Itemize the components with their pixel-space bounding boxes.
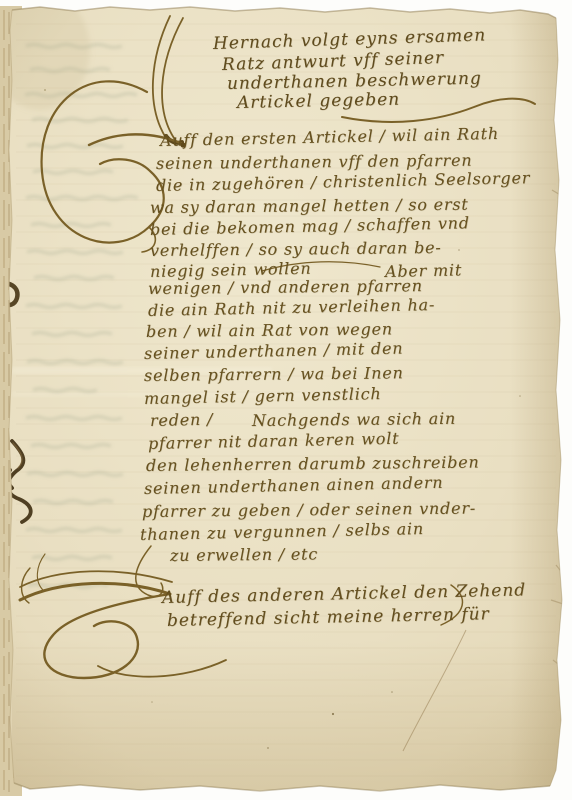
manuscript-line: wenigen / vnd anderen pfarren xyxy=(148,278,423,297)
manuscript-line: verhelffen / so sy auch daran be- xyxy=(150,240,442,259)
heading-line: Artickel gegeben xyxy=(237,92,401,112)
manuscript-line: selben pfarrern / wa bei Inen xyxy=(144,365,404,384)
manuscript-line: den lehenherren darumb zuschreiben xyxy=(146,455,480,474)
manuscript-photo: Hernach volgt eyns ersamen Ratz antwurt … xyxy=(0,0,572,800)
manuscript-line: ben / wil ain Rat von wegen xyxy=(146,321,393,340)
manuscript-line: reden / xyxy=(150,412,214,429)
manuscript-line: Nachgends wa sich ain xyxy=(252,411,456,429)
manuscript-line: zu erwellen / etc xyxy=(170,546,318,564)
manuscript-line: wa sy daran mangel hetten / so erst xyxy=(150,197,469,216)
manuscript-line: pfarrer zu geben / oder seinen vnder- xyxy=(142,501,476,520)
manuscript-line: seinen underthanen vff den pfarren xyxy=(156,153,473,172)
